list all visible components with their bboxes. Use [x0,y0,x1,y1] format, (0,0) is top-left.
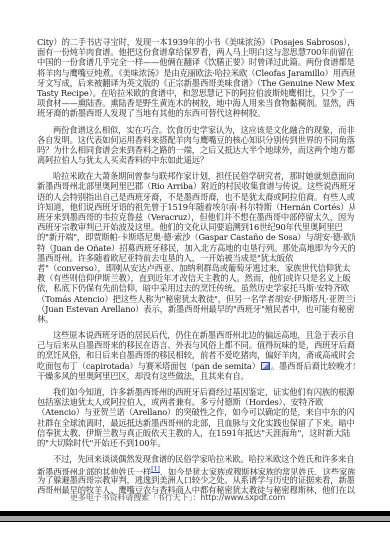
text-line: 班牙裔的新墨西哥人发现了当地有其他的东西可替代这种树胶。 [37,108,355,118]
text-line: 者"（converso），即刚从安达卢西亚、加纳利群岛或葡萄牙逃过来，家族世代信… [37,263,355,273]
text-line: 信奉犹太教、伊斯兰教与真正皈依天主教的人，在1591年抵达"天涯海角"，这时新大… [37,428,355,438]
text-line: 依，私底下仍保有先前信仰，暗中采用过去的烹饪传统。虽然历史学家托马斯·安特齐欧 [37,283,355,293]
paragraph-1: City）的二手书店寻宝时，发现一本1939年的小书《美味浓汤》（Posajes… [37,37,355,119]
text-line: （Tomás Atencio）把这些人称为"秘密犹太教徒"，但另一名学者胡安·伊… [37,294,355,304]
text-line-with-image: 吃面包布丁（capirotada）与赛米塔面包（pan de semita）。墨… [37,361,355,371]
text-line: 各自发明。这代表如何运用香料来搭配羊肉与鹰嘴豆的核心知识分别传到世界的不同角落 [37,135,355,145]
footer-divider-thin [0,521,390,522]
text-line: 林。 [37,314,355,324]
text-line: 墨西哥州。许多随着欧尼亚特前去屯垦的人，一开始被当成是"犹太皈依 [37,253,355,263]
text-line: 哈拉米欧在大萧条期间曾参与联邦作家计划，担任民俗学研究者，那时她就刻意面向 [37,171,355,181]
text-line: 干燥多风的里奥阿里巴区，却没有这些做法，且其来有自。 [37,371,355,381]
footer-promo-text: 更多电子书资料请搜索「书行天下」：http://www.sxpdf.com [70,492,330,503]
text-line: 面有一份炖羊肉食谱。他把这份食谱拿给保罗看，两人马上明白这与忽思慧700年前留在 [37,47,355,57]
text-line: 牙文写成，后来被翻译为英文版的《正宗新墨西哥美味食谱》（The Genuine … [37,78,355,88]
text-line: 不过，先回来谈谈偶然发现食谱的民俗学家哈拉米欧。哈拉米欧这个姓氏和许多来自 [37,454,355,464]
text-line: 包括塞法迪犹太人或阿拉伯人，或两者兼有。多亏付德斯（Hordes）、安特齐欧 [37,397,355,407]
text-line: 社群在全球流离时，最远抵达新墨西哥州的北部，且血脉与文化实践也保留了下来。暗中 [37,418,355,428]
text-line: 语的人会特别指出自己是西班牙裔，不是墨西哥裔，也不是犹太裔或阿拉伯裔。有些人或 [37,192,355,202]
text-line: 为了躲避墨西哥宗教审判，逃逸到美洲人口较少之处。从系谱学与历史的证据来看，新墨 [37,475,355,485]
text-line: 己与后来从自墨西哥来的移民在语言、外表与风俗上都不同。值得玩味的是，西班牙后裔 [37,340,355,350]
text-line: 我们如今知道，许多新墨西哥州的西班牙后裔经过基因鉴定，证实他们有闪族的根源， [37,387,355,397]
paragraph-6: 不过，先回来谈谈偶然发现食谱的民俗学家哈拉米欧。哈拉米欧这个姓氏和许多来自 新墨… [37,454,355,495]
paragraph-4: 这些原本说西班牙语的居民后代，仍住在新墨西哥州北边的偏远高地，且急于表示自 己与… [37,330,355,381]
text-line: 的"新开端"，即贾斯帕·卡斯塔尼奥·德·索沙（Gaspar Castaño de… [37,232,355,242]
text-line: 项食材——熏陆香。熏陆香是野生黄连木的树胶，地中海人用来当食物黏稠剂。显然，西 [37,98,355,108]
text-segment: 。墨西哥后裔比较晚才来到这 [271,361,355,371]
text-line: 特（Juan de Oñate）招募西班牙移民，加入北方高地的屯垦行列。那处高地… [37,243,355,253]
text-line: 新墨西哥州北部里奥阿里巴郡（Rio Arriba）附近的村民收集食谱与传说。这些… [37,181,355,191]
text-line: 这些原本说西班牙语的居民后代，仍住在新墨西哥州北边的偏远高地，且急于表示自 [37,330,355,340]
text-line: 两份食谱这么相似，实在巧合。饮食历史学家认为，这应该是文化融合的现象，而非 [37,125,355,135]
footnote-link[interactable]: [1] [151,465,160,473]
paragraph-5: 我们如今知道，许多新墨西哥州的西班牙后裔经过基因鉴定，证实他们有闪族的根源， 包… [37,387,355,448]
text-segment: 吃面包布丁（capirotada）与赛米塔面包（pan de semita） [37,361,260,371]
text-line: 的"大切除时代"开始还不到100年。 [37,438,355,448]
broken-image-icon[interactable] [261,362,270,370]
text-line: 教（有些则信仰伊斯兰教），直到近年才改信天主教的人。然而，他们或许只是名义上皈 [37,273,355,283]
text-line: 将羊肉与鹰嘴豆炖煮。《美味浓汤》是由克丽欧法·哈拉米欧（Cleofas Jara… [37,68,355,78]
document-page: City）的二手书店寻宝时，发现一本1939年的小书《美味浓汤》（Posajes… [37,37,355,501]
text-line: City）的二手书店寻宝时，发现一本1939年的小书《美味浓汤》（Posajes… [37,37,355,47]
text-line: 中国的一份食谱几乎完全一样——他俩在翻译《饮膳正要》时曾译过此篇。两份食谱都是 [37,57,355,67]
text-line: Tasty Recipe）。在哈拉米欧的食谱中，和忽思慧记下的阿拉伯波斯炖鹰相比… [37,88,355,98]
text-line: （Juan Estevan Arellano）表示，新墨西哥州最早的"西班牙"殖… [37,304,355,314]
text-line: 的烹饪风俗，和日后来自墨西哥的移民相较，前者不爱吃猪肉，偏好羊肉，斋戒高戒时会 [37,350,355,360]
text-line: （Atencio）与亚贺兰诺（Arellano）的突破性之作，如今可以确定的是，… [37,407,355,417]
text-segment: ，如今是犹太家族或穆斯林家族的常见姓氏，这些家族 [160,467,355,474]
text-line: 班牙来到墨西哥的韦拉克鲁兹（Veracruz），但他们并不想在墨西哥中部停留太久… [37,212,355,222]
paragraph-2: 两份食谱这么相似，实在巧合。饮食历史学家认为，这应该是文化融合的现象，而非 各自… [37,125,355,166]
paragraph-3: 哈拉米欧在大萧条期间曾参与联邦作家计划，担任民俗学研究者，那时她就刻意面向 新墨… [37,171,355,324]
text-line-with-footnote: 新墨西哥州北部的其他姓氏一样[1]，如今是犹太家族或穆斯林家族的常见姓氏，这些家… [37,464,355,474]
text-segment: 新墨西哥州北部的其他姓氏一样 [37,467,151,474]
text-line: 吗？为什么相同食谱会来到香料之路的一端，之后又抵达大半个地球外，而这两个地方都 [37,145,355,155]
text-line: 离阿拉伯人与犹太人买卖香料的中东如此遥远？ [37,155,355,165]
text-line: 许知道，他们说西班牙语的祖先曾于1519年随着埃尔南·科尔特斯（Hernán C… [37,202,355,212]
text-line: 西班牙宗教审判已开始波及这里。他们的文化认同要追溯到16世纪90年代里奥阿里巴 [37,222,355,232]
